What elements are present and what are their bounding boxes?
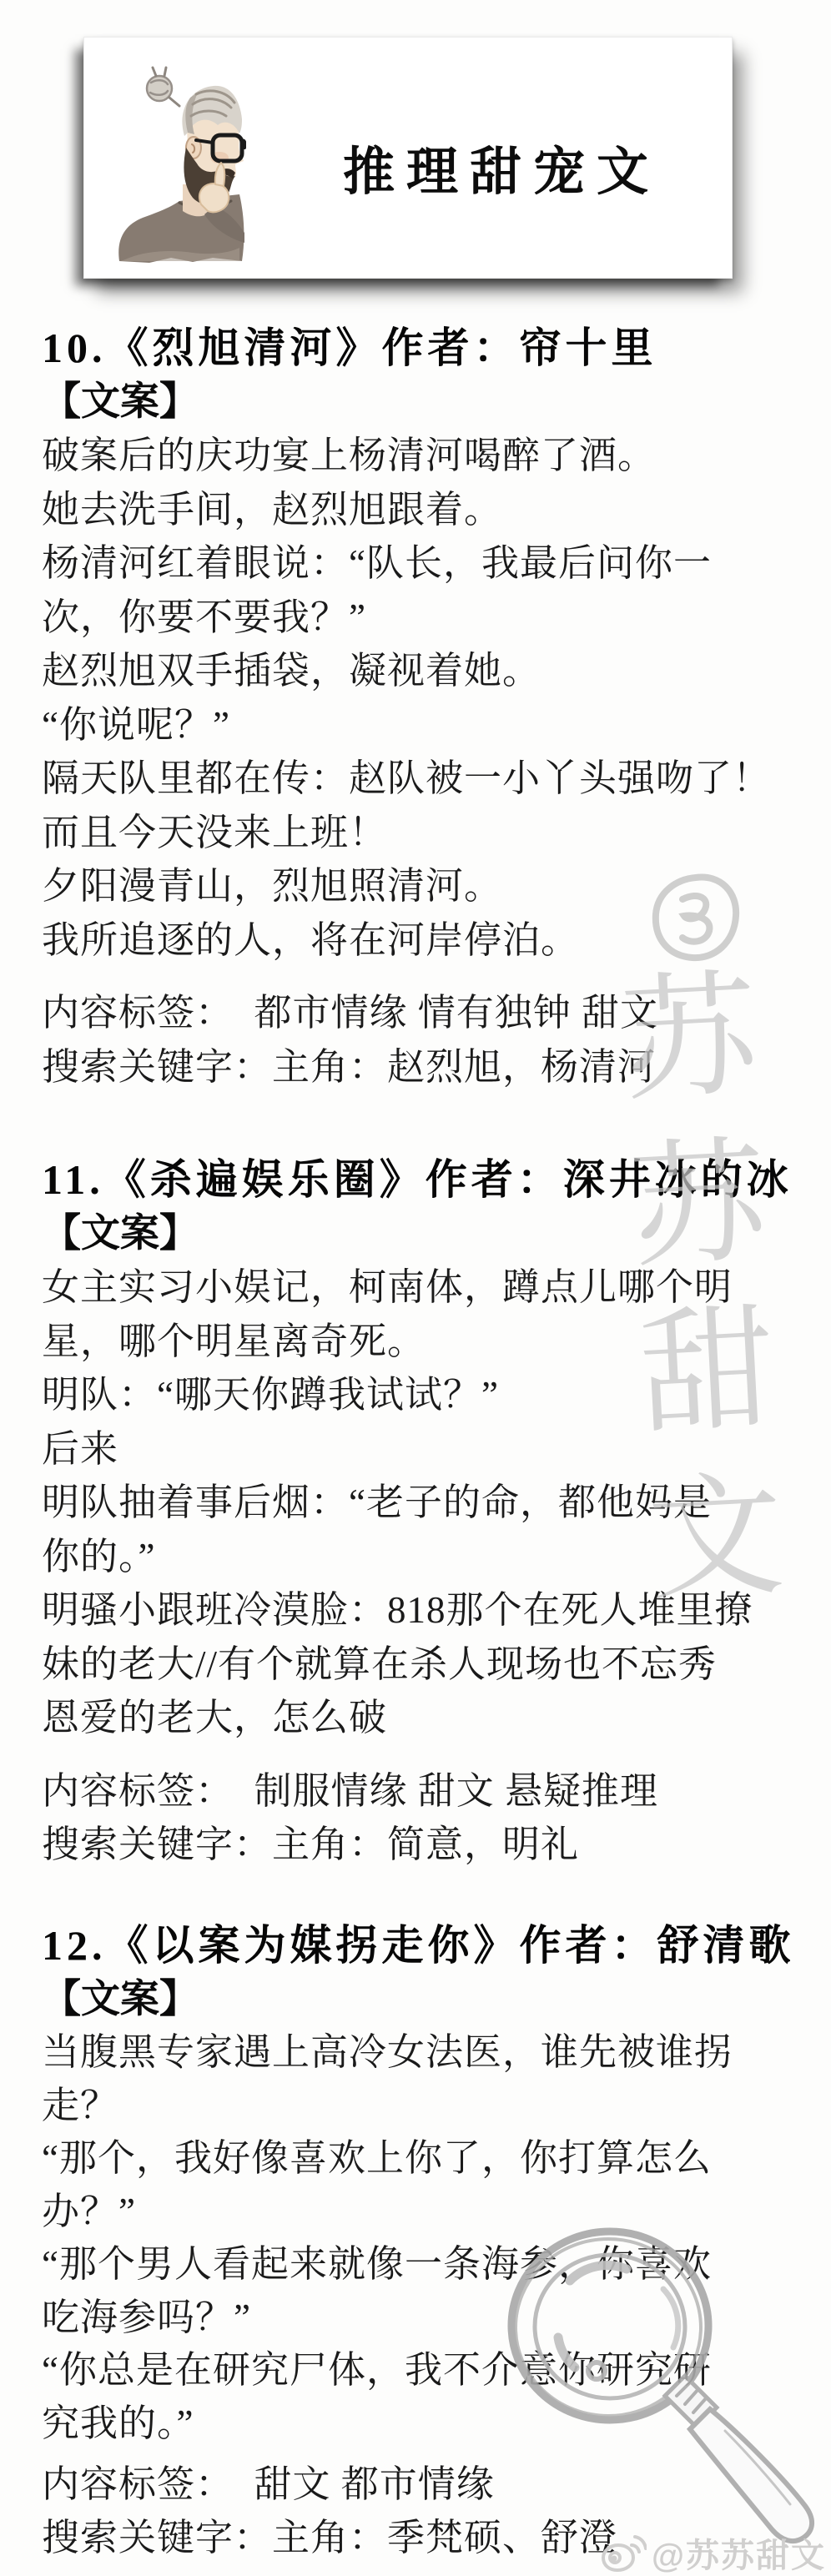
synopsis-line: “那个，我好像喜欢上你了，你打算怎么 — [42, 2132, 798, 2186]
synopsis-line: 破案后的庆功宴上杨清河喝醉了酒。 — [42, 429, 798, 483]
circled-signature-icon — [644, 866, 748, 969]
keywords-line-11: 搜索关键字：主角：简意，明礼 — [42, 1818, 798, 1872]
weibo-watermark: @苏苏甜文 — [600, 2529, 826, 2576]
synopsis-line: 当腹黑专家遇上高冷女法医，谁先被谁拐 — [42, 2026, 798, 2080]
synopsis-line: 而且今天没来上班！ — [42, 806, 798, 860]
book-title-10: 10.《烈旭清河》作者：帘十里 — [42, 321, 798, 375]
weibo-icon — [600, 2533, 647, 2573]
synopsis-line: 次，你要不要我？” — [42, 591, 798, 645]
watermark-vertical-text: 苏苏甜文 — [612, 963, 775, 1703]
synopsis-label-10: 【文案】 — [42, 375, 798, 429]
synopsis-line: 走？ — [42, 2080, 798, 2133]
header-card: 推理甜宠文 — [83, 37, 733, 279]
spacer — [42, 1745, 798, 1764]
synopsis-line: 隔天队里都在传：赵队被一小丫头强吻了！ — [42, 752, 798, 806]
synopsis-line: 杨清河红着眼说：“队长，我最后问你一 — [42, 536, 798, 591]
page-title: 推理甜宠文 — [293, 143, 710, 203]
book-title-12: 12.《以案为媒拐走你》作者：舒清歌 — [42, 1919, 798, 1973]
weibo-handle: @苏苏甜文 — [652, 2529, 826, 2576]
synopsis-label-12: 【文案】 — [42, 1973, 798, 2026]
thinking-man-illustration — [113, 61, 246, 265]
synopsis-line: 她去洗手间，赵烈旭跟着。 — [42, 483, 798, 537]
tags-line-11: 内容标签： 制服情缘 甜文 悬疑推理 — [42, 1764, 798, 1819]
magnifier-sketch-icon — [486, 2204, 831, 2571]
synopsis-line: 赵烈旭双手插袋，凝视着她。 — [42, 644, 798, 698]
synopsis-line: “你说呢？” — [42, 698, 798, 752]
scanned-booklist-image: 推理甜宠文 10.《烈旭清河》作者：帘十里 【文案】 破案后的庆功宴上杨清河喝醉… — [0, 0, 831, 2576]
